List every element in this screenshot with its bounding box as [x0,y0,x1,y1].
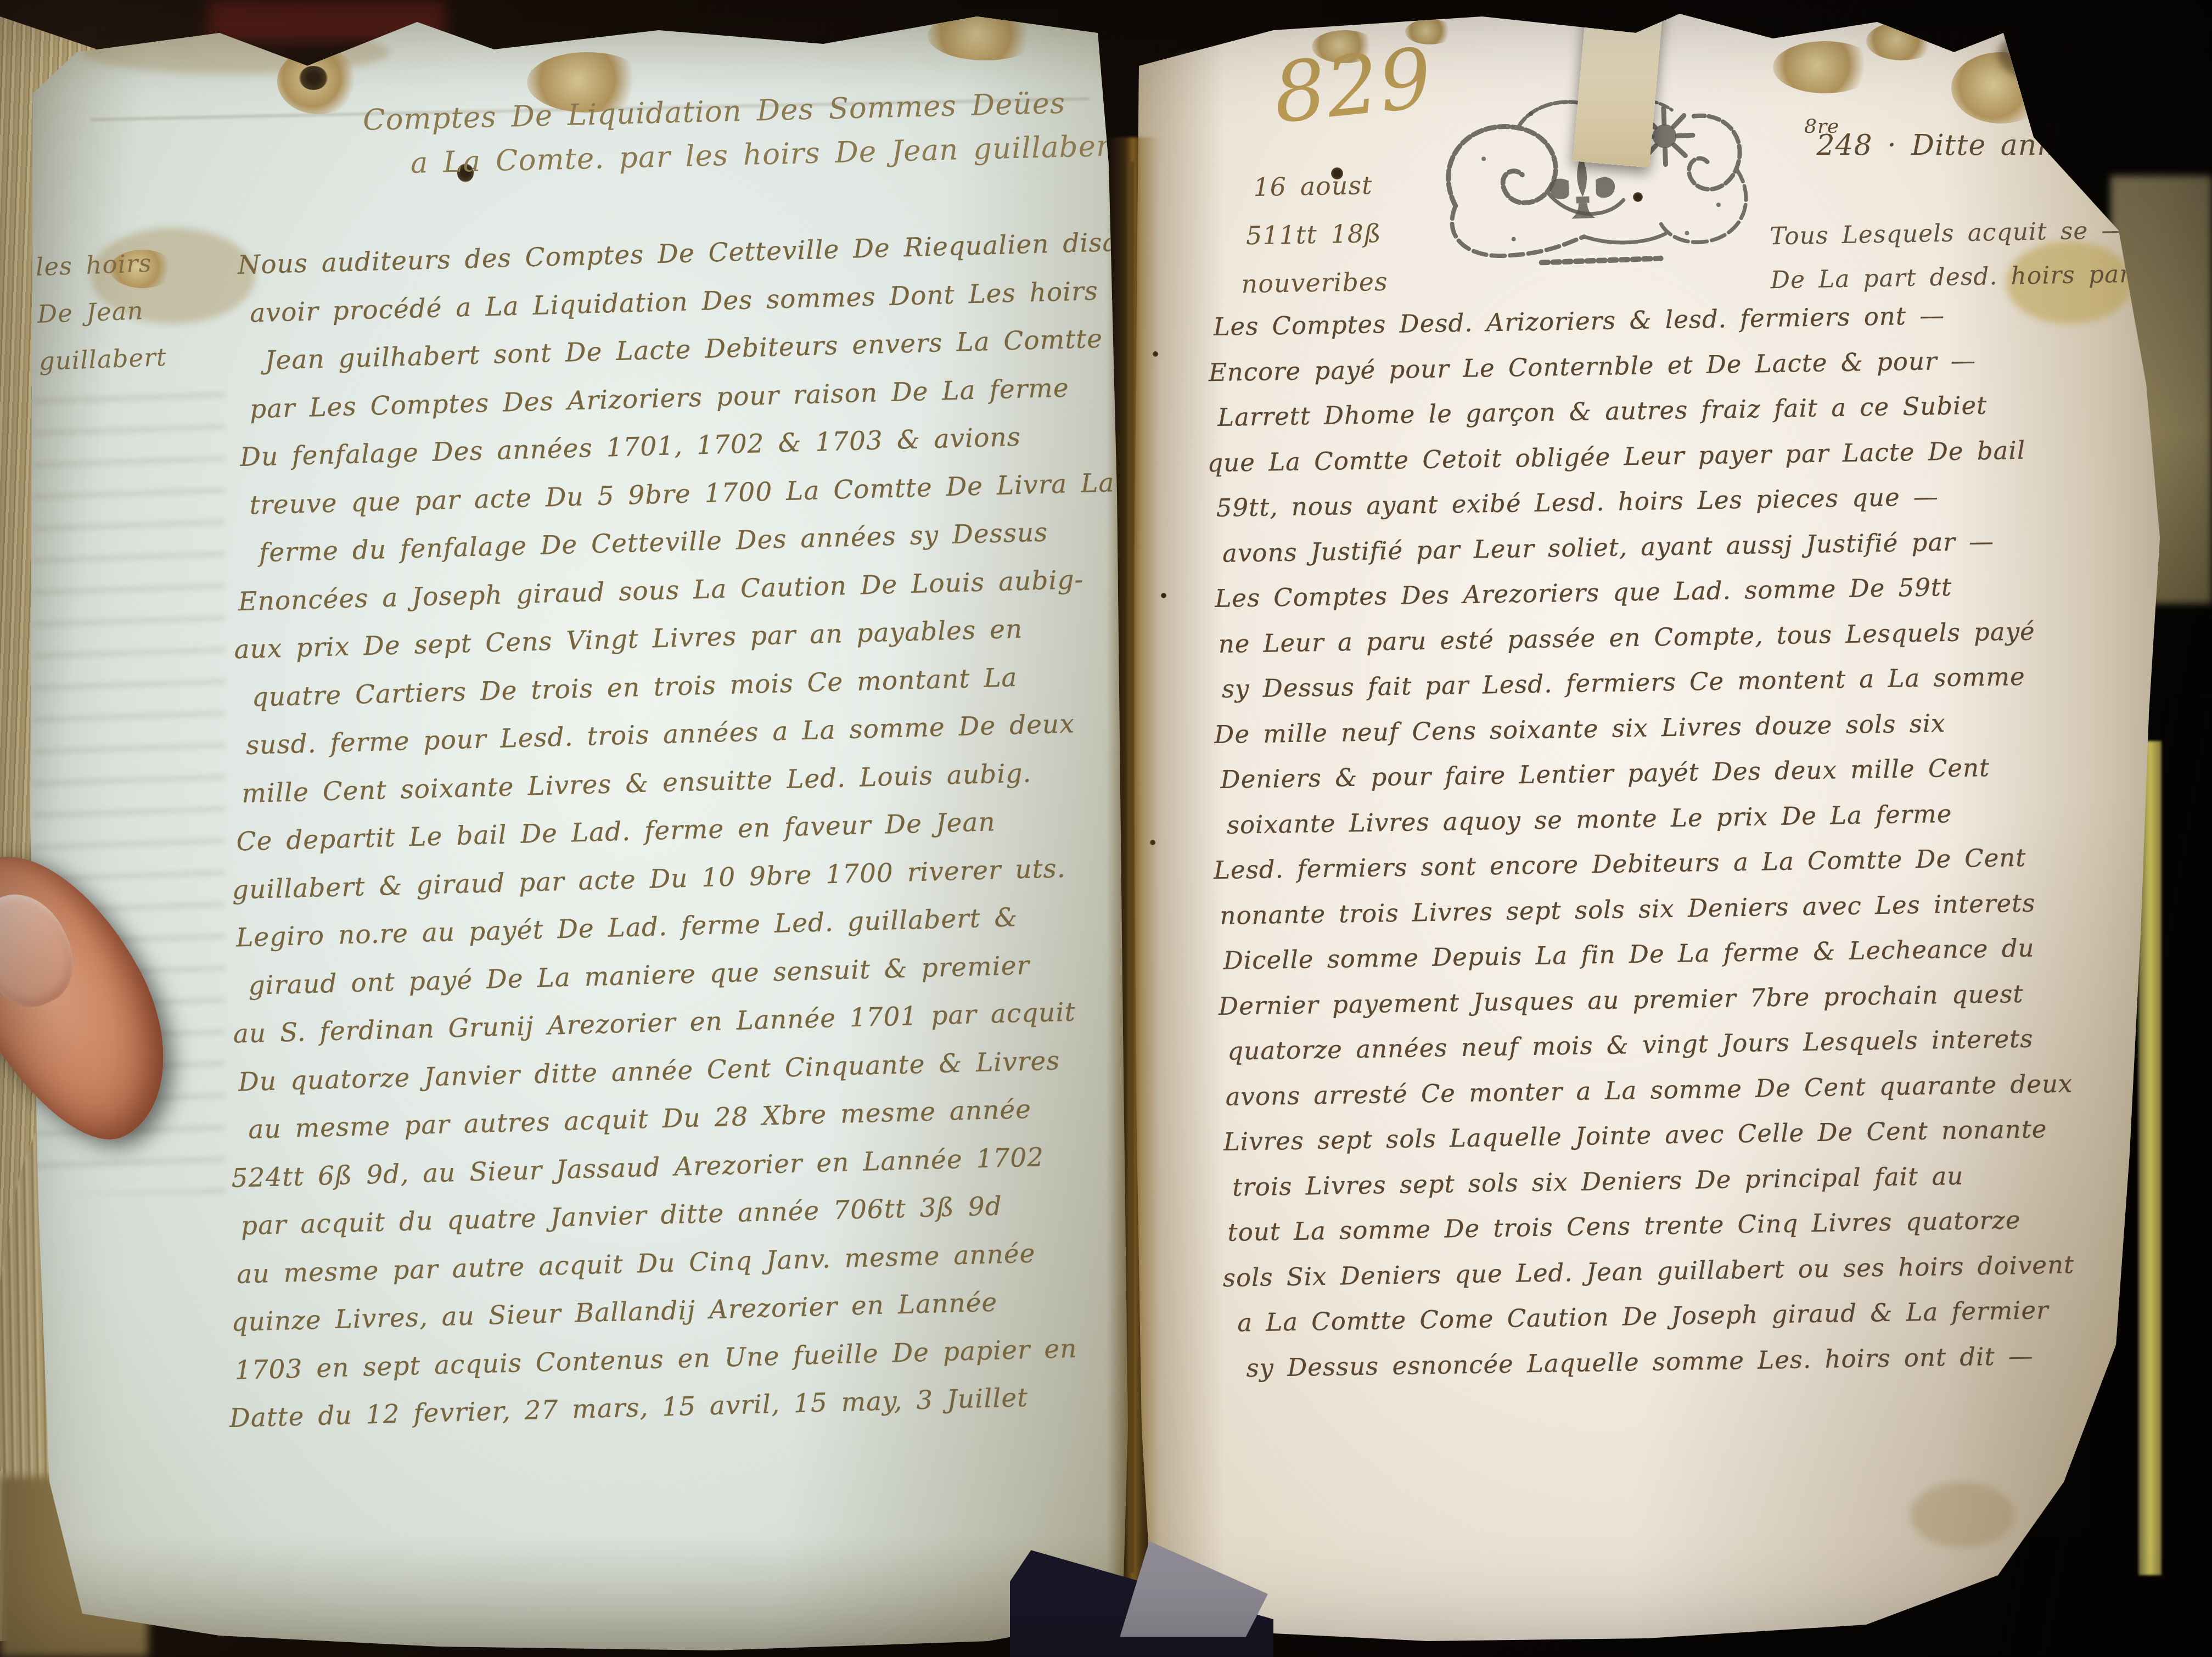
right-page: 829 16 aoust511tt 18ßnouveribes 8re248 ·… [1131,11,2174,1644]
worm-hole [299,66,328,90]
right-margin-notes: 16 aoust511tt 18ßnouveribes [1245,161,1389,308]
header-note-lines: Tous Lesquels acquit se —De La part desd… [1770,208,2170,303]
manuscript-photo: Comptes De Liquidation Des Sommes Deüesa… [0,0,2212,1657]
book-gutter-line [1129,162,1134,1572]
left-page-text: Nous auditeurs des Comptes De Cetteville… [237,218,1180,1442]
margin-note-line: 511tt 18ß [1245,209,1388,260]
header-superscript: 8re [1804,115,1839,138]
left-margin-note: les hoirsDe Jeanguillabert [35,239,168,385]
margin-note-line: 16 aoust [1253,161,1387,211]
edge-stain [1910,1482,2014,1548]
right-page-text: Les Comptes Desd. Arizoriers & lesd. fer… [1213,291,2078,1391]
margin-note-line: De Jean [37,287,166,338]
damage-chip [1773,41,1877,93]
worm-hole [1161,593,1166,598]
margin-note-line: les hoirs [35,239,165,291]
thumb-nail [0,879,89,1021]
page-number: 829 [1269,30,1437,142]
margin-note-line: guillabert [38,334,168,385]
left-page-title: Comptes De Liquidation Des Sommes Deüesa… [362,80,1123,187]
left-page: Comptes De Liquidation Des Sommes Deüesa… [25,8,1133,1652]
margin-note-line: nouveribes [1241,257,1389,308]
